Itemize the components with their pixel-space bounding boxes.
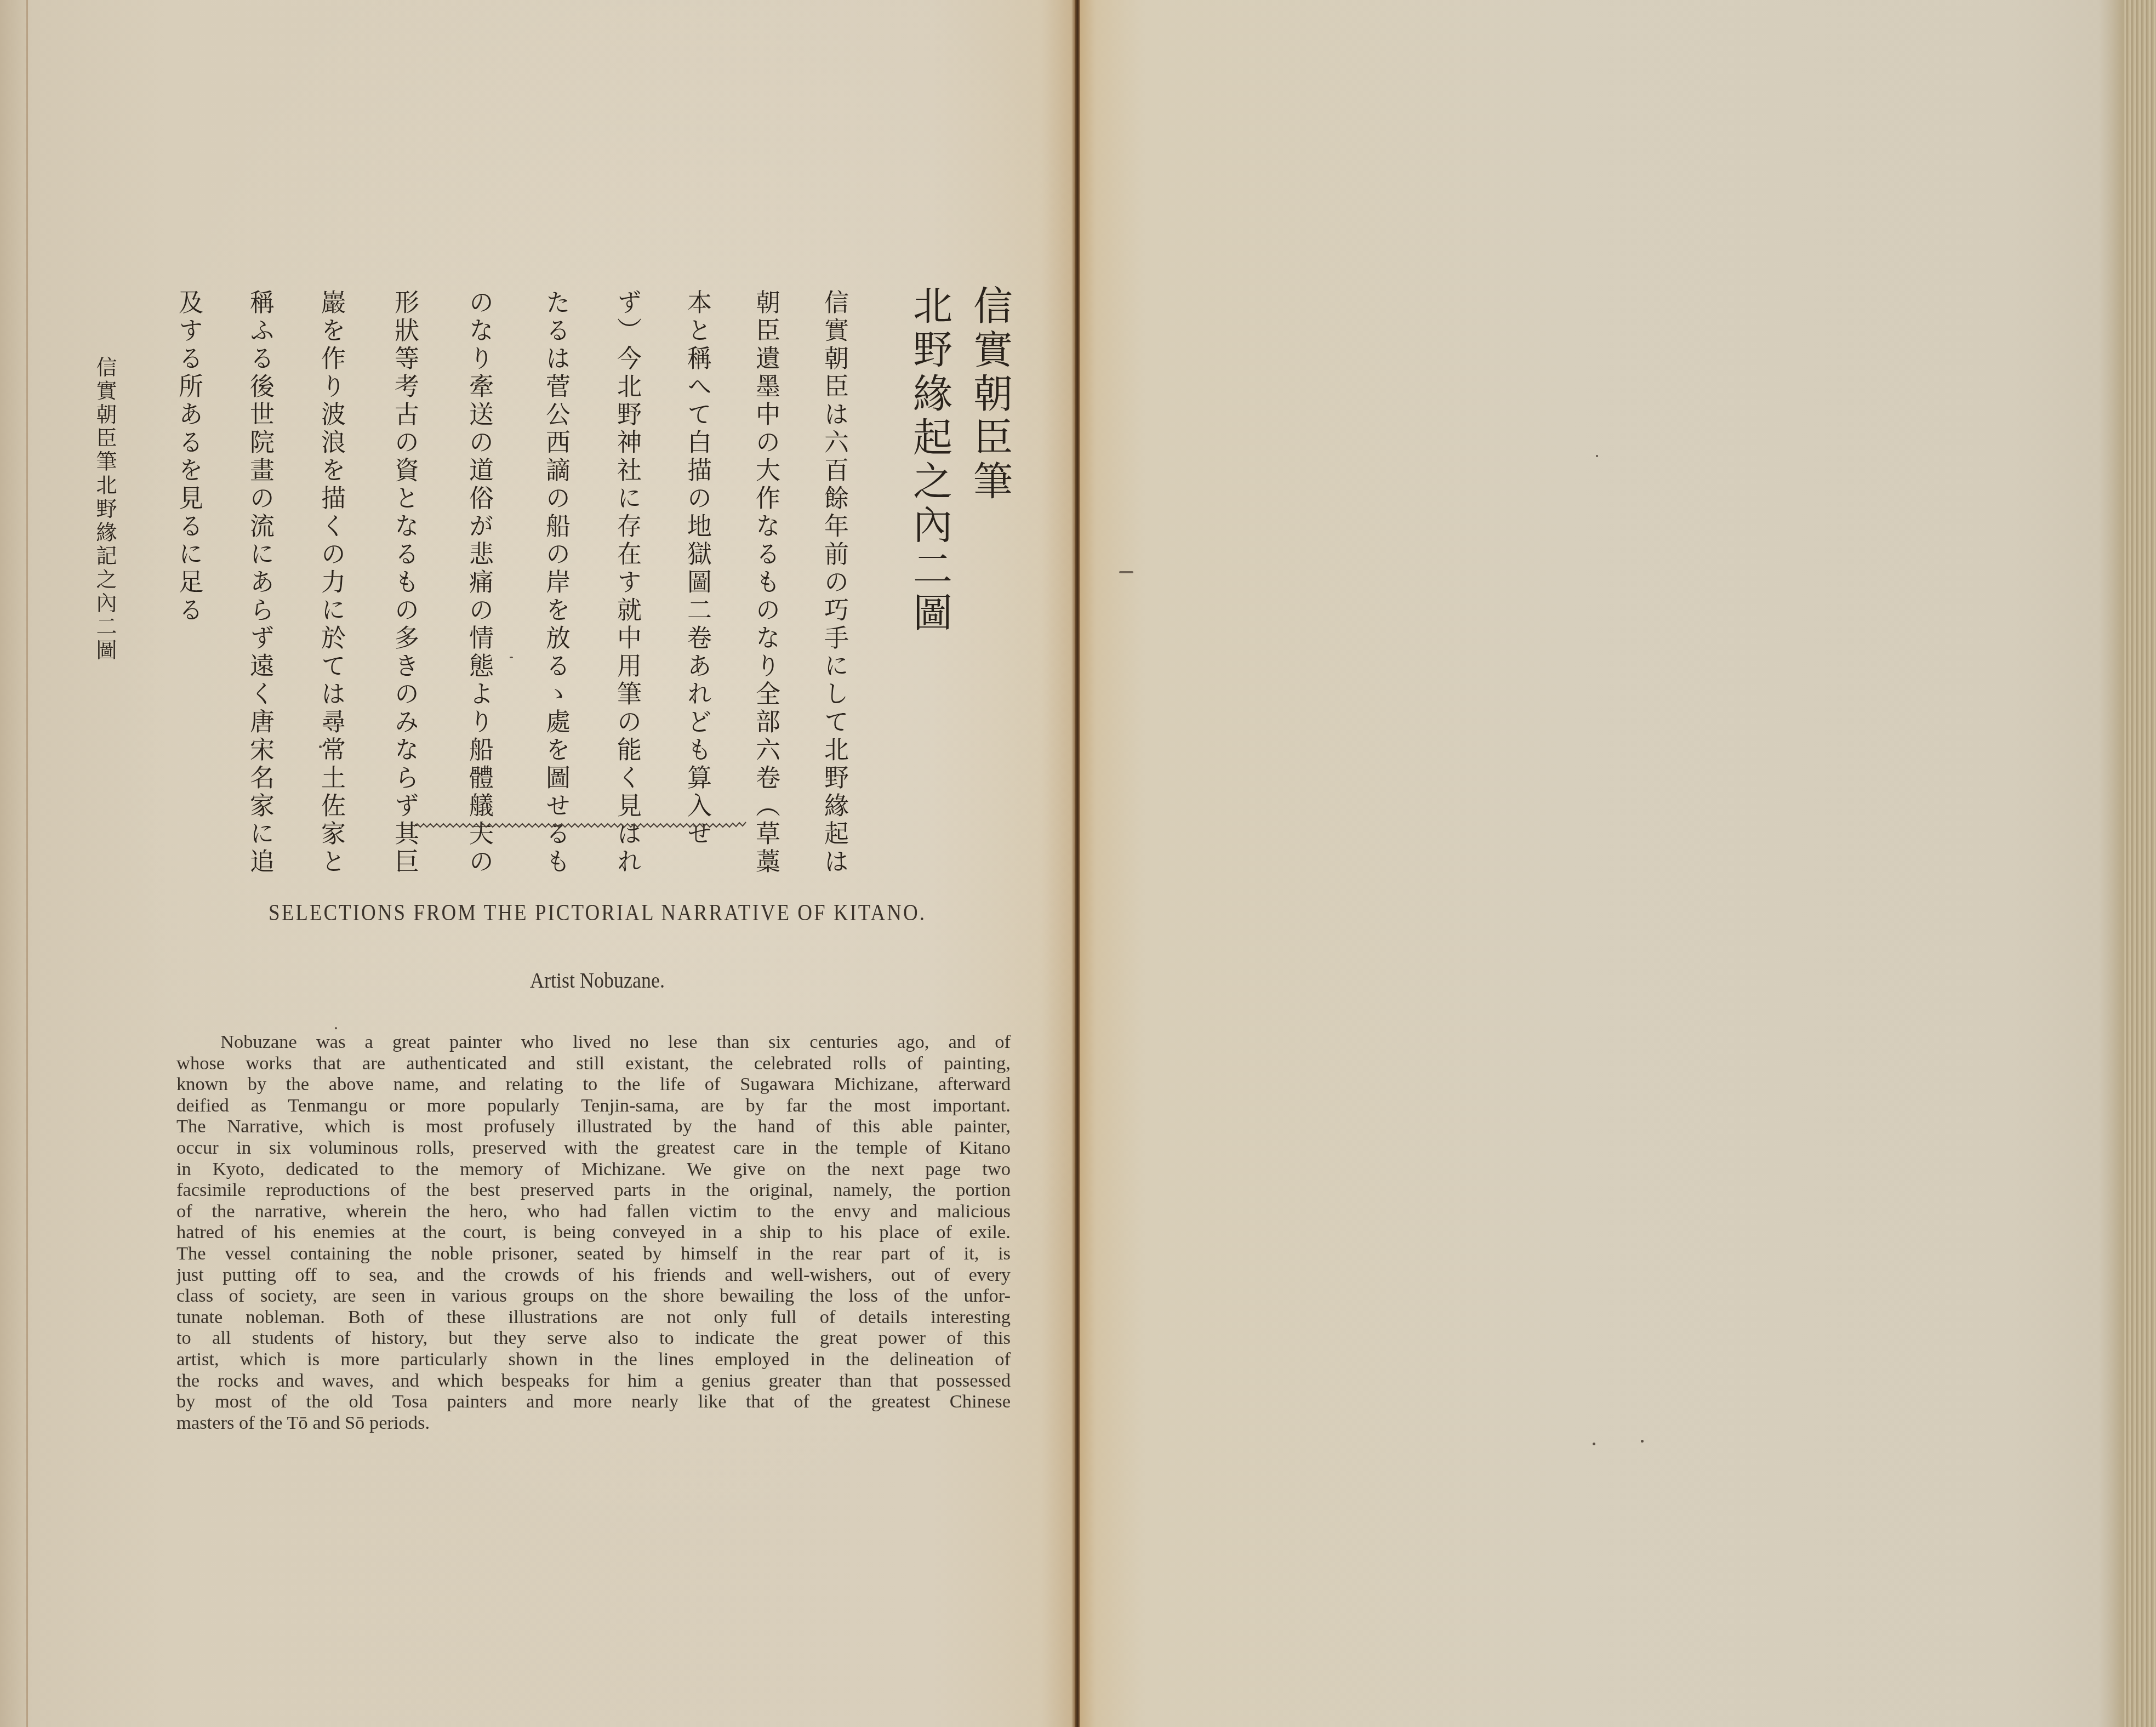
title-vertical-line-2: 北野緣起之內二圖 xyxy=(910,285,949,636)
paragraph-line: to all students of history, but they ser… xyxy=(176,1327,1011,1349)
paper-speck xyxy=(335,1027,337,1029)
paragraph-line: Nobuzane was a great painter who lived n… xyxy=(176,1031,1011,1053)
body-column-1: 信實朝臣は六百餘年前の巧手にして北野緣起は xyxy=(822,289,847,876)
english-heading: SELECTIONS FROM THE PICTORIAL NARRATIVE … xyxy=(230,899,965,926)
paper-speck xyxy=(1119,571,1133,573)
page-edge-line xyxy=(26,0,28,1727)
paragraph-line: known by the above name, and relating to… xyxy=(176,1074,1011,1095)
paragraph-line: The vessel containing the noble prisoner… xyxy=(176,1243,1011,1264)
paper-speck xyxy=(510,657,513,658)
paragraph-line: just putting off to sea, and the crowds … xyxy=(176,1264,1011,1286)
body-column-7: 形狀等考古の資となるもの多きのみならず其巨 xyxy=(392,289,417,876)
body-column-2: 朝臣遺墨中の大作なるものなり全部六卷（草藁 xyxy=(754,289,778,876)
paragraph-line: hatred of his enemies at the court, is b… xyxy=(176,1222,1011,1243)
body-column-5: たるは菅公西謫の船の岸を放るゝ處を圖せるも xyxy=(544,289,568,876)
paragraph-line: the rocks and waves, and which bespeaks … xyxy=(176,1370,1011,1392)
paragraph-line: in Kyoto, dedicated to the memory of Mic… xyxy=(176,1159,1011,1180)
paragraph-line: facsimile reproductions of the best pres… xyxy=(176,1179,1011,1201)
right-page-blank xyxy=(1080,0,2156,1727)
running-caption-vertical: 信實朝臣筆北野緣記之內二圖 xyxy=(94,356,115,663)
english-artist-subtitle: Artist Nobuzane. xyxy=(230,967,965,993)
paper-speck xyxy=(1593,1443,1595,1445)
paragraph-line: The Narrative, which is most profusely i… xyxy=(176,1116,1011,1137)
paragraph-line: by most of the old Tosa painters and mor… xyxy=(176,1391,1011,1412)
english-paragraph: Nobuzane was a great painter who lived n… xyxy=(176,1031,1011,1433)
book-spread: 信實朝臣筆 北野緣起之內二圖 信實朝臣は六百餘年前の巧手にして北野緣起は 朝臣遺… xyxy=(0,0,2156,1727)
body-column-8: 巖を作り波浪を描くの力に於ては尋常土佐家と xyxy=(319,289,344,876)
paragraph-line: whose works that are authenticated and s… xyxy=(176,1053,1011,1074)
paper-speck xyxy=(1641,1440,1644,1443)
body-column-10: 及する所あるを見るに足る xyxy=(176,289,201,625)
body-column-9: 稱ふる後世院畫の流にあらず遠く唐宋名家に追 xyxy=(248,289,272,876)
paper-speck xyxy=(1596,455,1598,457)
paragraph-line: occur in six voluminous rolls, preserved… xyxy=(176,1137,1011,1159)
page-edge-outer xyxy=(0,0,26,1727)
paragraph-line: tunate nobleman. Both of these illustrat… xyxy=(176,1307,1011,1328)
body-column-3: 本と稱へて白描の地獄圖二卷あれども算入せ xyxy=(685,289,710,848)
paragraph-line: deified as Tenmangu or more popularly Te… xyxy=(176,1095,1011,1116)
paragraph-line: of the narrative, wherein the hero, who … xyxy=(176,1201,1011,1222)
paragraph-line: artist, which is more particularly shown… xyxy=(176,1349,1011,1370)
left-page: 信實朝臣筆 北野緣起之內二圖 信實朝臣は六百餘年前の巧手にして北野緣起は 朝臣遺… xyxy=(0,0,1075,1727)
page-fore-edge xyxy=(2124,0,2156,1727)
paper-speck xyxy=(319,745,322,748)
paragraph-line: class of society, are seen in various gr… xyxy=(176,1285,1011,1307)
book-gutter xyxy=(1075,0,1080,1727)
paragraph-line: masters of the Tō and Sō periods. xyxy=(176,1412,1011,1434)
body-column-4: ず）今北野神社に存在す就中用筆の能く見はれ xyxy=(615,289,640,876)
wavy-divider-rule xyxy=(414,821,748,830)
body-column-6: のなり牽送の道俗が悲痛の情態より船體艤夫の xyxy=(467,289,492,876)
title-vertical-line-1: 信實朝臣筆 xyxy=(970,285,1009,504)
